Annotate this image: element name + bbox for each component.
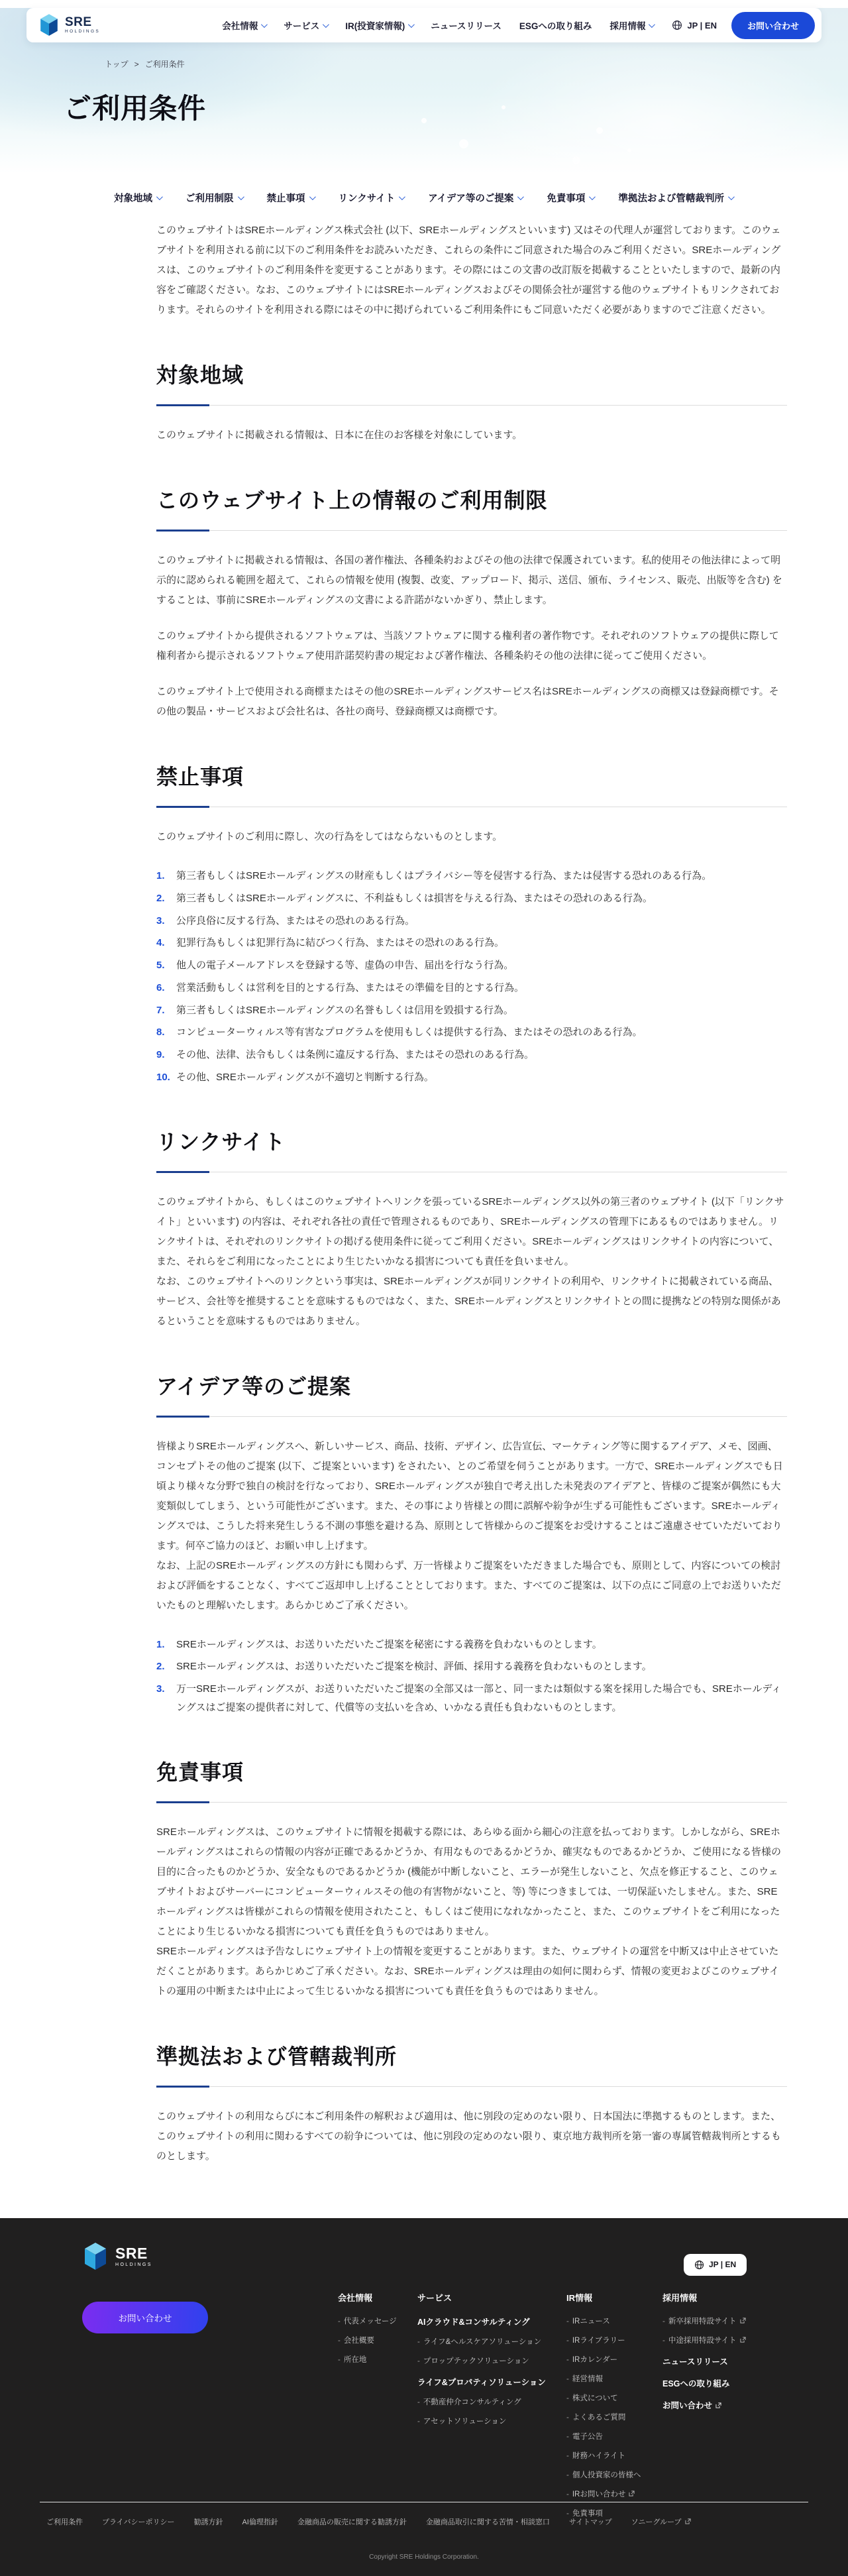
footer-link[interactable]: -経営情報 [566,2373,656,2384]
list-number: 5. [156,956,165,975]
logo-subtext: HOLDINGS [65,30,100,34]
footer-link[interactable]: -プロップテックソリューション [417,2355,560,2366]
link-dash: - [566,2471,569,2479]
list-item-text: 犯罪行為もしくは犯罪行為に結びつく行為、またはその恐れのある行為。 [176,937,504,948]
section-paragraph: SREホールディングスは、このウェブサイトに情報を掲載する際には、あらゆる面から… [156,1822,787,2001]
list-item-text: 第三者もしくはSREホールディングスに、不利益もしくは損害を与える行為、またはそ… [176,893,653,904]
list-number: 9. [156,1046,165,1064]
footer-column-title: 採用情報 [662,2291,788,2304]
breadcrumb-separator: > [134,60,139,69]
language-switcher[interactable]: JP | EN [672,20,717,30]
list-number: 10. [156,1068,170,1087]
external-link-icon [715,2401,721,2410]
footer-column-title: IR情報 [566,2291,656,2304]
footer-link[interactable]: -新卒採用特設サイト [662,2316,788,2326]
list-item-text: 営業活動もしくは営利を目的とする行為、またはその準備を目的とする行為。 [176,982,524,993]
list-item: 2.第三者もしくはSREホールディングスに、不利益もしくは損害を与える行為、また… [156,889,787,908]
footer-contact-button[interactable]: お問い合わせ [82,2302,208,2333]
footer-link[interactable]: -財務ハイライト [566,2450,656,2461]
sre-logo-icon [38,13,60,37]
section-list: 1.第三者もしくはSREホールディングスの財産もしくはプライバシー等を侵害する行… [156,867,787,1087]
link-dash: - [566,2337,569,2345]
footer-link[interactable]: -中途採用特設サイト [662,2335,788,2345]
footer-link[interactable]: お問い合わせ [662,2399,788,2411]
section-divider [156,530,787,531]
intro-paragraph: このウェブサイトはSREホールディングス株式会社 (以下、SREホールディングス… [156,221,787,320]
footer-link[interactable]: AIクラウド&コンサルティング [417,2316,560,2327]
list-number: 4. [156,934,165,952]
footer-link[interactable]: -IRライブラリー [566,2335,656,2345]
footer-language-label: JP | EN [709,2260,736,2269]
footer-link[interactable]: -株式について [566,2392,656,2403]
footer-legal-nav: ご利用条件プライバシーポリシー勧誘方針AI倫理指針金融商品の販売に関する勧誘方針… [46,2516,691,2527]
chevron-down-icon [156,194,163,200]
contact-button[interactable]: お問い合わせ [731,12,815,39]
section-list: 1.SREホールディングスは、お送りいただいたご提案を秘密にする義務を負わないも… [156,1636,787,1717]
sre-logo-icon [82,2242,109,2271]
chevron-down-icon [589,194,596,200]
nav-item-6[interactable]: 採用情報 [609,19,653,32]
section-disclaimer: 免責事項SREホールディングスは、このウェブサイトに情報を掲載する際には、あらゆ… [156,1756,787,2001]
page-title: ご利用条件 [64,87,848,127]
main-content: このウェブサイトはSREホールディングス株式会社 (以下、SREホールディングス… [156,221,787,2166]
breadcrumb-home-link[interactable]: トップ [105,58,129,70]
list-item-text: 他人の電子メールアドレスを登録する等、虚偽の申告、届出を行なう行為。 [176,960,513,971]
footer-link[interactable]: -IRニュース [566,2316,656,2326]
footer-link[interactable]: -電子公告 [566,2431,656,2441]
link-dash: - [662,2318,665,2325]
list-number: 8. [156,1023,165,1042]
link-dash: - [566,2414,569,2422]
section-heading: アイデア等のご提案 [156,1370,787,1400]
breadcrumb-current: ご利用条件 [145,58,185,70]
globe-icon [672,20,682,30]
external-link-icon [685,2518,691,2526]
footer-column-title: 会社情報 [338,2291,411,2304]
footer: SRE HOLDINGS JP | EN お問い合わせ 会社情報-代表メッセージ… [0,2218,848,2576]
anchor-tab-2[interactable]: ご利用制限 [185,191,242,205]
section-divider [156,405,787,406]
footer-logo-subtext: HOLDINGS [115,2263,152,2267]
list-number: 6. [156,979,165,997]
footer-column-3: IR情報-IRニュース-IRライブラリー-IRカレンダー-経営情報-株式について… [566,2291,662,2527]
breadcrumb: トップ > ご利用条件 [105,58,848,70]
section-governing-law: 準拠法および管轄裁判所このウェブサイトの利用ならびに本ご利用条件の解釈および適用… [156,2040,787,2166]
copyright: Copyright SRE Holdings Corporation. [0,2553,848,2561]
section-heading: 禁止事項 [156,760,787,791]
language-label: JP | EN [687,21,717,30]
list-item: 9.その他、法律、法令もしくは条例に違反する行為、またはその恐れのある行為。 [156,1046,787,1064]
anchor-nav: 対象地域ご利用制限禁止事項リンクサイトアイデア等のご提案免責事項準拠法および管轄… [114,191,848,205]
section-usage-restriction: このウェブサイト上の情報のご利用制限このウェブサイトに掲載される情報は、各国の著… [156,484,787,722]
external-link-icon [740,2337,746,2345]
chevron-down-icon [649,21,655,28]
chevron-down-icon [261,21,268,28]
section-paragraph: このウェブサイトに掲載される情報は、日本に在住のお客様を対象にしています。 [156,425,787,445]
nav-item-5[interactable]: ESGへの取り組み [519,19,592,32]
footer-column-title: サービス [417,2291,560,2304]
section-divider [156,807,787,807]
footer-link[interactable]: -IRお問い合わせ [566,2489,656,2499]
footer-column-1: 会社情報-代表メッセージ-会社概要-所在地 [338,2291,417,2527]
list-item: 3.公序良俗に反する行為、またはその恐れのある行為。 [156,912,787,930]
footer-logo-text: SRE [115,2246,152,2261]
chevron-down-icon [323,21,329,28]
anchor-tab-4[interactable]: リンクサイト [339,191,404,205]
footer-link[interactable]: ESGへの取り組み [662,2377,788,2389]
footer-link[interactable]: -会社概要 [338,2335,411,2345]
link-dash: - [338,2356,341,2364]
list-item: 2.SREホールディングスは、お送りいただいたご提案を検討、評価、採用する義務を… [156,1657,787,1676]
section-heading: 準拠法および管轄裁判所 [156,2040,787,2070]
footer-link[interactable]: ライフ&プロパティソリューション [417,2376,560,2388]
link-dash: - [417,2338,420,2346]
legal-link-6[interactable]: 金融商品取引に関する苦情・相談窓口 [426,2516,550,2527]
legal-link-2[interactable]: プライバシーポリシー [102,2516,174,2527]
list-item-text: コンピューターウィルス等有害なプログラムを使用もしくは提供する行為、またはその恐… [176,1027,643,1038]
section-paragraph: このウェブサイトのご利用に際し、次の行為をしてはならないものとします。 [156,827,787,847]
footer-link[interactable]: -所在地 [338,2354,411,2365]
list-item: 1.SREホールディングスは、お送りいただいたご提案を秘密にする義務を負わないも… [156,1636,787,1654]
legal-link-3[interactable]: 勧誘方針 [193,2516,223,2527]
section-heading: 免責事項 [156,1756,787,1786]
footer-column-2: サービスAIクラウド&コンサルティング-ライフ&ヘルスケアソリューション-プロッ… [417,2291,566,2527]
list-item-text: 第三者もしくはSREホールディングスの財産もしくはプライバシー等を侵害する行為、… [176,870,712,881]
section-divider [156,1802,787,1803]
footer-link[interactable]: ニュースリリース [662,2355,788,2367]
list-number: 7. [156,1001,165,1020]
link-dash: - [566,2433,569,2441]
list-item: 10.その他、SREホールディングスが不適切と判断する行為。 [156,1068,787,1087]
list-item-text: SREホールディングスは、お送りいただいたご提案を秘密にする義務を負わないものと… [176,1639,602,1650]
section-paragraph: このウェブサイトから提供されるソフトウェアは、当該ソフトウェアに関する権利者の著… [156,626,787,666]
list-number: 1. [156,867,165,885]
list-item: 5.他人の電子メールアドレスを登録する等、虚偽の申告、届出を行なう行為。 [156,956,787,975]
list-item-text: その他、SREホールディングスが不適切と判断する行為。 [176,1072,434,1083]
sections-container: 対象地域このウェブサイトに掲載される情報は、日本に在住のお客様を対象にしています… [156,359,787,2166]
link-dash: - [566,2356,569,2364]
section-divider [156,1416,787,1417]
footer-link[interactable]: -個人投資家の皆様へ [566,2469,656,2480]
section-target-area: 対象地域このウェブサイトに掲載される情報は、日本に在住のお客様を対象にしています… [156,359,787,445]
chevron-down-icon [399,194,405,200]
section-divider [156,2086,787,2087]
hero-section: SRE HOLDINGS 会社情報サービスIR(投資家情報)ニュースリリースES… [0,8,848,174]
section-paragraph: 皆様よりSREホールディングスへ、新しいサービス、商品、技術、デザイン、広告宣伝… [156,1437,787,1616]
external-link-icon [629,2491,635,2498]
link-dash: - [566,2394,569,2402]
list-item-text: SREホールディングスは、お送りいただいたご提案を検討、評価、採用する義務を負わ… [176,1661,652,1672]
footer-link[interactable]: -不動産仲介コンサルティング [417,2396,560,2407]
chevron-down-icon [728,194,735,200]
footer-link[interactable]: -ライフ&ヘルスケアソリューション [417,2336,560,2347]
legal-link-1[interactable]: ご利用条件 [46,2516,83,2527]
footer-columns: 会社情報-代表メッセージ-会社概要-所在地サービスAIクラウド&コンサルティング… [338,2291,795,2527]
list-item: 6.営業活動もしくは営利を目的とする行為、またはその準備を目的とする行為。 [156,979,787,997]
section-paragraph: このウェブサイトの利用ならびに本ご利用条件の解釈および適用は、他に別段の定めのな… [156,2107,787,2166]
footer-logo[interactable]: SRE HOLDINGS [82,2242,152,2271]
link-dash: - [566,2375,569,2383]
footer-divider [40,2502,808,2502]
link-dash: - [417,2398,420,2406]
legal-link-7[interactable]: サイトマップ [569,2516,612,2527]
anchor-tab-1[interactable]: 対象地域 [114,191,161,205]
section-idea-proposal: アイデア等のご提案皆様よりSREホールディングスへ、新しいサービス、商品、技術、… [156,1370,787,1717]
footer-language-switcher[interactable]: JP | EN [684,2254,747,2276]
link-dash: - [417,2357,420,2365]
nav-item-3[interactable]: IR(投資家情報) [345,19,413,32]
list-item-text: 第三者もしくはSREホールディングスの名誉もしくは信用を毀損する行為。 [176,1005,513,1016]
section-paragraph: このウェブサイト上で使用される商標またはその他のSREホールディングスサービス名… [156,682,787,722]
footer-link[interactable]: -代表メッセージ [338,2316,411,2326]
list-item: 3.万一SREホールディングスが、お送りいただいたご提案の全部又は一部と、同一ま… [156,1680,787,1717]
section-heading: このウェブサイト上の情報のご利用制限 [156,484,787,514]
section-heading: リンクサイト [156,1125,787,1156]
list-number: 3. [156,912,165,930]
logo-text: SRE [65,16,100,28]
list-item-text: 万一SREホールディングスが、お送りいただいたご提案の全部又は一部と、同一または… [176,1683,781,1713]
nav-item-4[interactable]: ニュースリリース [431,19,502,32]
link-dash: - [662,2337,665,2345]
link-dash: - [566,2318,569,2325]
chevron-down-icon [309,194,315,200]
list-number: 2. [156,889,165,908]
chevron-down-icon [517,194,524,200]
link-dash: - [338,2337,341,2345]
list-number: 1. [156,1636,165,1654]
list-item-text: その他、法律、法令もしくは条例に違反する行為、またはその恐れのある行為。 [176,1049,534,1060]
section-heading: 対象地域 [156,359,787,389]
section-paragraph: このウェブサイトから、もしくはこのウェブサイトへリンクを張っているSREホールデ… [156,1192,787,1331]
anchor-tab-3[interactable]: 禁止事項 [267,191,314,205]
site-logo[interactable]: SRE HOLDINGS [38,13,100,37]
footer-link[interactable]: -アセットソリューション [417,2416,560,2426]
list-item-text: 公序良俗に反する行為、またはその恐れのある行為。 [176,915,415,926]
list-item: 1.第三者もしくはSREホールディングスの財産もしくはプライバシー等を侵害する行… [156,867,787,885]
anchor-tab-5[interactable]: アイデア等のご提案 [428,191,522,205]
list-number: 3. [156,1680,165,1699]
header-bar: SRE HOLDINGS 会社情報サービスIR(投資家情報)ニュースリリースES… [26,8,821,42]
main-nav: 会社情報サービスIR(投資家情報)ニュースリリースESGへの取り組み採用情報 [222,19,653,32]
legal-link-8[interactable]: ソニーグループ [631,2516,691,2527]
chevron-down-icon [237,194,244,200]
globe-icon [694,2260,704,2270]
section-divider [156,1172,787,1172]
nav-item-1[interactable]: 会社情報 [222,19,266,32]
footer-column-4: 採用情報-新卒採用特設サイト-中途採用特設サイトニュースリリースESGへの取り組… [662,2291,795,2527]
list-number: 2. [156,1657,165,1676]
section-prohibited: 禁止事項このウェブサイトのご利用に際し、次の行為をしてはならないものとします。1… [156,760,787,1087]
link-dash: - [338,2318,341,2325]
external-link-icon [740,2318,746,2325]
section-paragraph: このウェブサイトに掲載される情報は、各国の著作権法、各種条約およびその他の法律で… [156,551,787,610]
anchor-tab-7[interactable]: 準拠法および管轄裁判所 [618,191,733,205]
link-dash: - [566,2452,569,2460]
link-dash: - [417,2418,420,2426]
chevron-down-icon [408,21,415,28]
list-item: 7.第三者もしくはSREホールディングスの名誉もしくは信用を毀損する行為。 [156,1001,787,1020]
link-dash: - [566,2491,569,2498]
list-item: 8.コンピューターウィルス等有害なプログラムを使用もしくは提供する行為、またはそ… [156,1023,787,1042]
footer-link[interactable]: -よくあるご質問 [566,2412,656,2422]
anchor-tab-6[interactable]: 免責事項 [547,191,594,205]
nav-item-2[interactable]: サービス [284,19,327,32]
section-link-site: リンクサイトこのウェブサイトから、もしくはこのウェブサイトへリンクを張っているS… [156,1125,787,1331]
footer-link[interactable]: -IRカレンダー [566,2354,656,2365]
legal-link-4[interactable]: AI倫理指針 [242,2516,278,2527]
list-item: 4.犯罪行為もしくは犯罪行為に結びつく行為、またはその恐れのある行為。 [156,934,787,952]
legal-link-5[interactable]: 金融商品の販売に関する勧誘方針 [297,2516,407,2527]
